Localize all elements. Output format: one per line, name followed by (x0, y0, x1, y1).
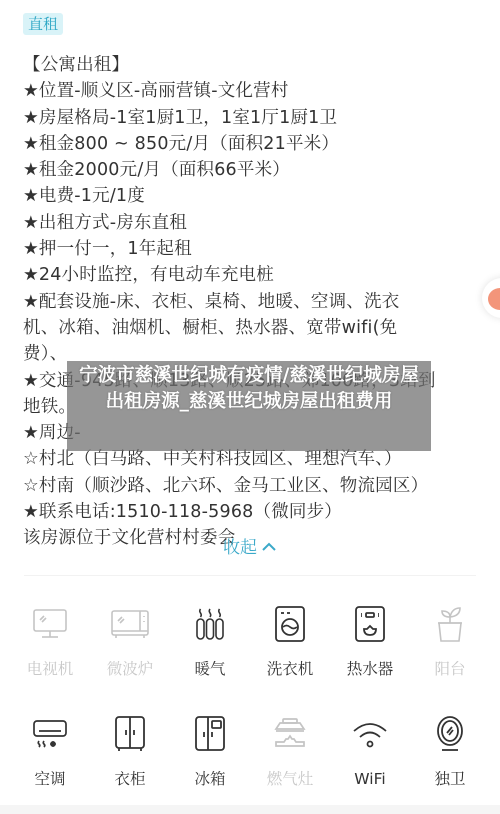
section-divider (24, 575, 476, 576)
desc-line: ★电费-1元/1度 (23, 183, 473, 209)
desc-line: ★租金2000元/月（面积66平米） (23, 157, 473, 183)
listing-description: 【公寓出租】 ★位置-顺义区-高丽营镇-文化营村 ★房屋格局-1室1厨1卫，1室… (23, 52, 473, 552)
facility-microwave: 微波炉 (90, 600, 170, 710)
chevron-up-icon (261, 535, 277, 561)
desc-line: ★联系电话:1510-118-5968（微同步） (23, 499, 473, 525)
desc-line: ★配套设施-床、衣柜、桌椅、地暖、空调、洗衣 (23, 289, 473, 315)
facility-label: 洗衣机 (267, 658, 314, 680)
facility-label: 空调 (34, 768, 65, 790)
facility-water-heater: 热水器 (330, 600, 410, 710)
wardrobe-icon (110, 714, 150, 754)
desc-line: ★出租方式-房东直租 (23, 210, 473, 236)
facility-label: 燃气灶 (267, 768, 314, 790)
facility-tv: 电视机 (10, 600, 90, 710)
floating-action-button[interactable] (482, 278, 500, 318)
private-bathroom-mirror-icon (430, 714, 470, 754)
facility-label: 阳台 (434, 658, 465, 680)
desc-line: ★位置-顺义区-高丽营镇-文化营村 (23, 78, 473, 104)
microwave-icon (110, 604, 150, 644)
balcony-plant-icon (430, 604, 470, 644)
desc-line: 机、冰箱、油烟机、橱柜、热水器、宽带wifi(免 (23, 315, 473, 341)
facilities-row: 空调 衣柜 冰箱 燃气灶 WiFi (0, 710, 500, 814)
facility-heating: 暖气 (170, 600, 250, 710)
air-conditioner-icon (30, 714, 70, 754)
facility-gas-stove: 燃气灶 (250, 710, 330, 814)
facilities-row: 电视机 微波炉 暖气 洗衣机 热水器 (0, 600, 500, 710)
facility-private-bathroom: 独卫 (410, 710, 490, 814)
facility-balcony: 阳台 (410, 600, 490, 710)
facility-label: 冰箱 (194, 768, 225, 790)
washing-machine-icon (270, 604, 310, 644)
water-heater-icon (350, 604, 390, 644)
radiator-icon (190, 604, 230, 644)
wifi-icon (350, 714, 390, 754)
facility-wardrobe: 衣柜 (90, 710, 170, 814)
bottom-separator (0, 805, 500, 814)
facility-label: 热水器 (347, 658, 394, 680)
collapse-label: 收起 (223, 538, 257, 558)
facility-label: 微波炉 (107, 658, 154, 680)
facility-label: 暖气 (194, 658, 225, 680)
chat-icon (488, 288, 500, 310)
overlay-title: 宁波市慈溪世纪城有疫情/慈溪世纪城房屋出租房源_慈溪世纪城房屋出租费用 (67, 363, 431, 415)
gas-stove-icon (270, 714, 310, 754)
collapse-button[interactable]: 收起 (0, 535, 500, 562)
facility-washing-machine: 洗衣机 (250, 600, 330, 710)
facility-fridge: 冰箱 (170, 710, 250, 814)
facility-label: WiFi (354, 768, 385, 790)
facility-air-conditioner: 空调 (10, 710, 90, 814)
facility-label: 独卫 (434, 768, 465, 790)
desc-line: ★24小时监控，有电动车充电桩 (23, 262, 473, 288)
facility-label: 衣柜 (114, 768, 145, 790)
fridge-icon (190, 714, 230, 754)
facilities-grid: 电视机 微波炉 暖气 洗衣机 热水器 (0, 600, 500, 814)
desc-line: 【公寓出租】 (23, 52, 473, 78)
facility-label: 电视机 (27, 658, 74, 680)
desc-line: ★押一付一，1年起租 (23, 236, 473, 262)
tv-icon (30, 604, 70, 644)
desc-line: ★租金800 ~ 850元/月（面积21平米） (23, 131, 473, 157)
desc-line: ☆村南（顺沙路、北六环、金马工业区、物流园区） (23, 473, 473, 499)
desc-line: ★房屋格局-1室1厨1卫，1室1厅1厨1卫 (23, 105, 473, 131)
direct-rent-badge: 直租 (23, 13, 63, 35)
facility-wifi: WiFi (330, 710, 410, 814)
